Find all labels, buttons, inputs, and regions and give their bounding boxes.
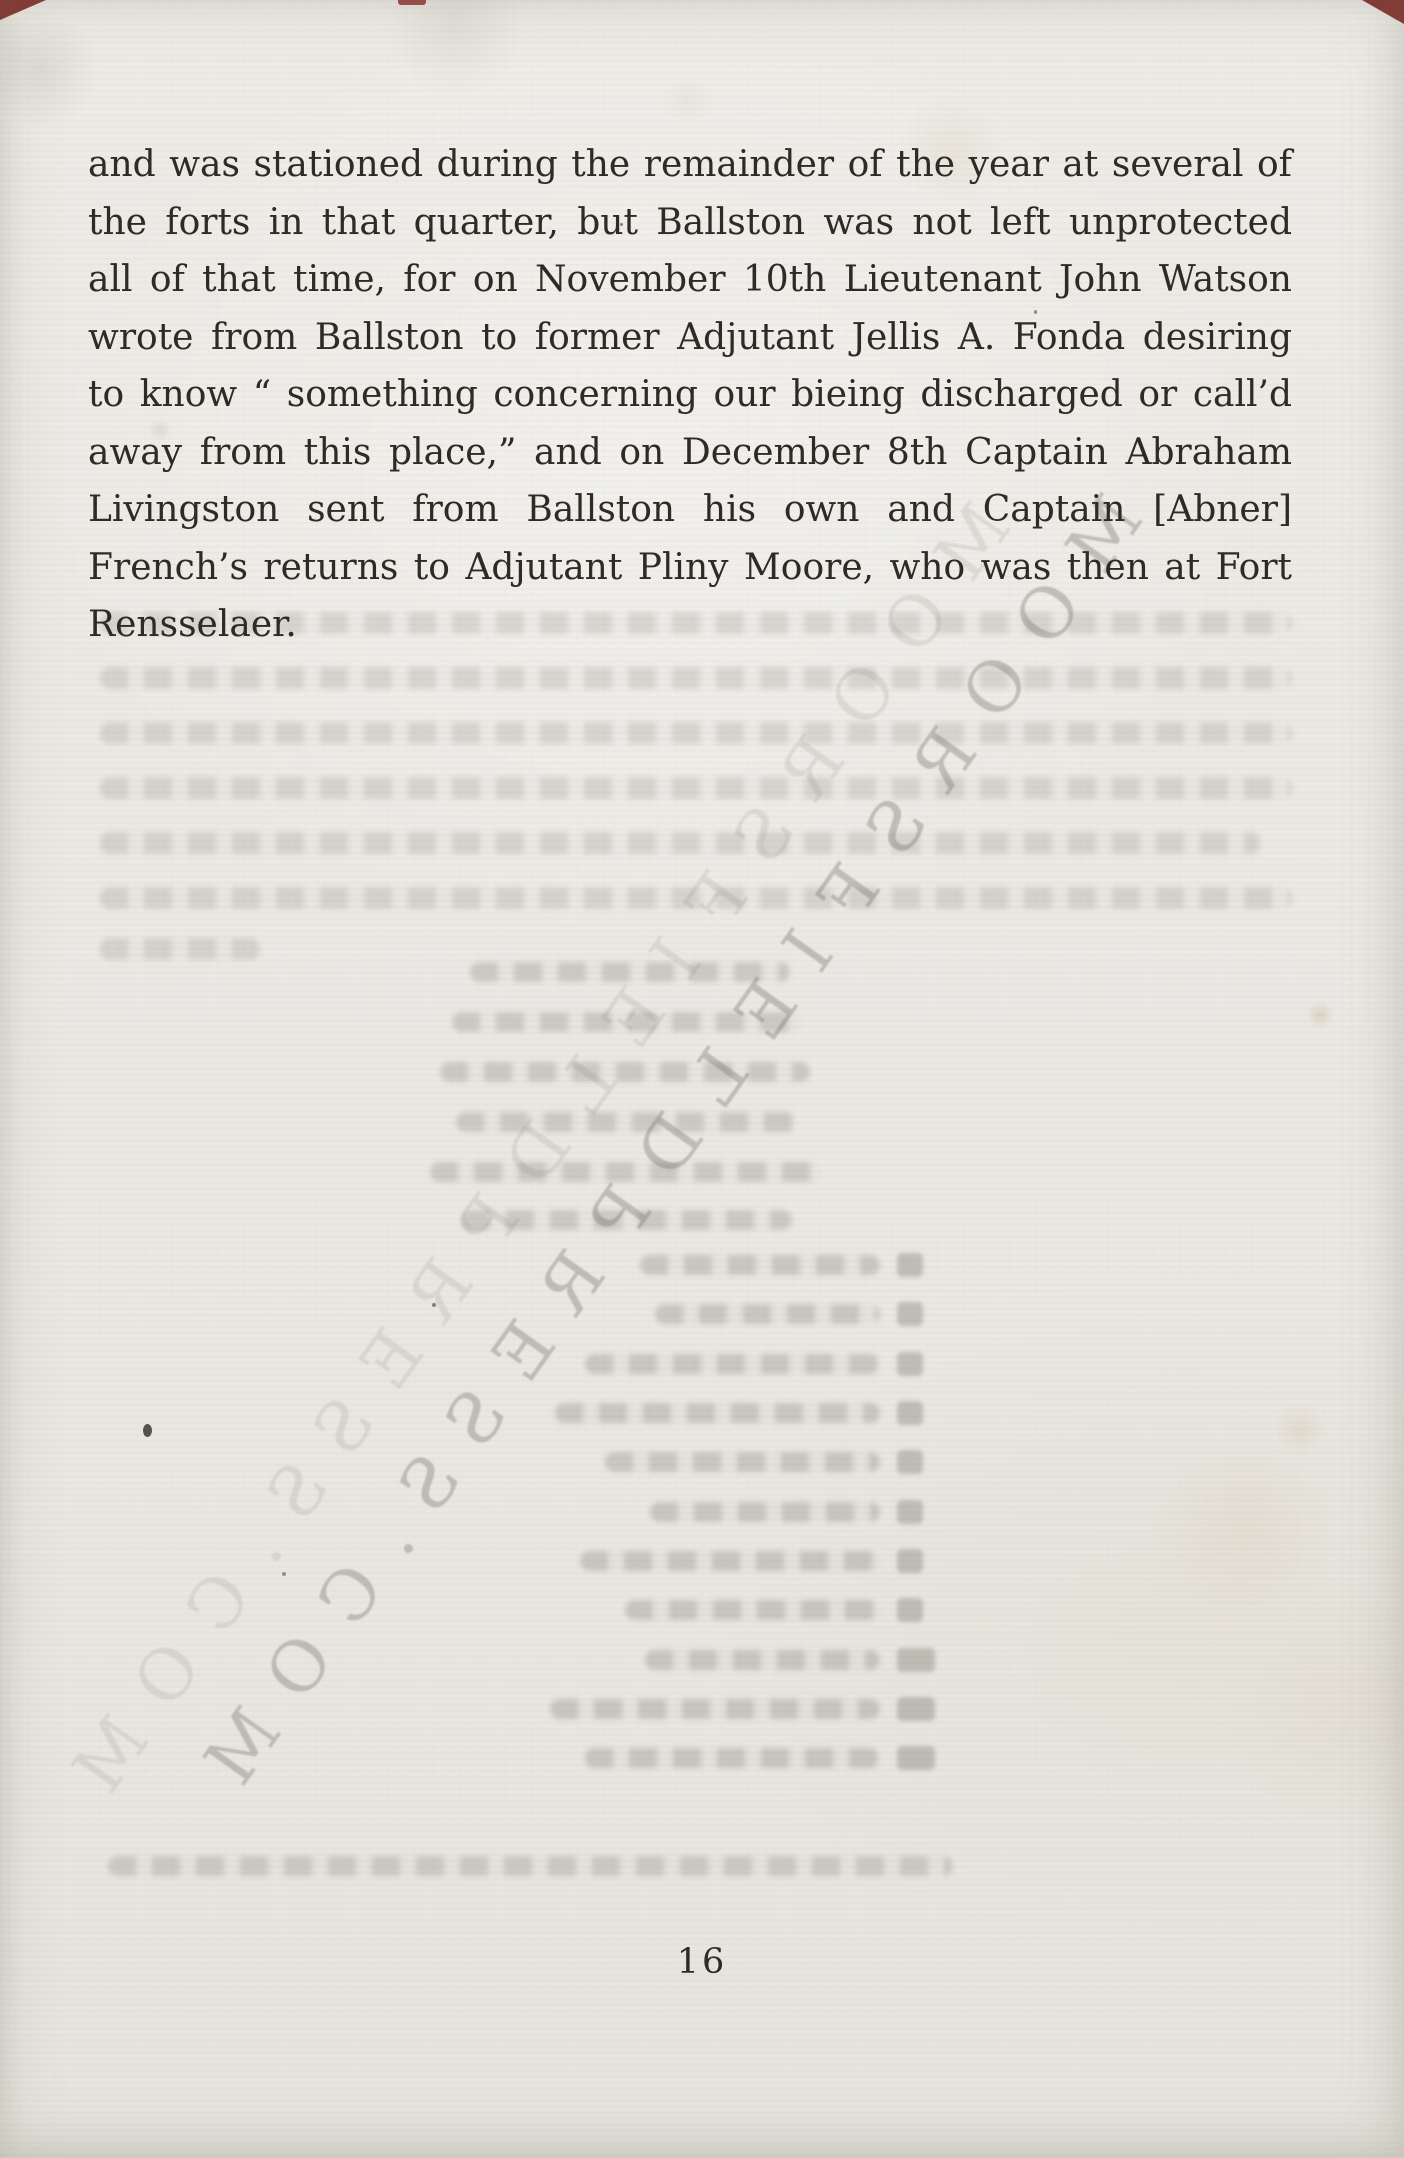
ghost-centered-line <box>462 1210 792 1230</box>
ghost-list-number <box>897 1697 935 1721</box>
paragraph-line: all of that time, for on November 10th L… <box>88 251 1292 309</box>
paragraph-line: to know “ something concerning our biein… <box>88 366 1292 424</box>
bleedthrough-watermark: MOORSFIELDPRESS.COM <box>202 474 1167 1773</box>
ghost-paragraph-line <box>100 832 1260 854</box>
ghost-list-title <box>645 1650 880 1670</box>
page-number: 16 <box>0 1942 1404 1982</box>
ghost-list-title <box>550 1699 880 1719</box>
ghost-list-number <box>897 1549 923 1573</box>
ghost-centered-line <box>430 1162 820 1182</box>
ghost-list-number <box>897 1746 935 1770</box>
ghost-list-title <box>585 1748 880 1768</box>
ghost-paragraph-line <box>100 887 1292 909</box>
ghost-paragraph-line <box>100 777 1292 799</box>
top-left-corner-mark <box>0 0 46 20</box>
ghost-footnote-line <box>108 1856 953 1876</box>
foxing-stain <box>1274 1404 1326 1456</box>
foxing-stain <box>663 75 713 125</box>
top-right-corner-mark <box>1362 0 1404 24</box>
ghost-list-title <box>655 1304 880 1324</box>
ghost-list-title <box>650 1502 880 1522</box>
ink-speck <box>143 1424 152 1437</box>
ghost-list-number <box>897 1401 923 1425</box>
ghost-centered-line <box>470 962 790 982</box>
ghost-centered-line <box>452 1012 802 1032</box>
paragraph-line: and was stationed during the remainder o… <box>88 136 1292 194</box>
ghost-list-title <box>585 1354 880 1374</box>
ghost-list-number <box>897 1302 923 1326</box>
top-edge-mark <box>398 0 426 5</box>
paragraph-line: wrote from Ballston to former Adjutant J… <box>88 309 1292 367</box>
ghost-paragraph-line <box>100 667 1292 689</box>
ghost-list-title <box>625 1600 880 1620</box>
foxing-stain <box>1306 1001 1334 1029</box>
bleedthrough-watermark: MOORSFIELDPRESS.COM <box>70 482 1035 1781</box>
paragraph-line: French’s returns to Adjutant Pliny Moore… <box>88 539 1292 597</box>
ghost-list-title <box>580 1551 880 1571</box>
foxing-stain <box>385 0 525 95</box>
foxing-stain <box>1150 1435 1340 1625</box>
ghost-list-number <box>897 1500 923 1524</box>
ghost-paragraph-line <box>100 938 260 960</box>
ghost-list-title <box>640 1255 880 1275</box>
ghost-list-number <box>897 1352 923 1376</box>
ghost-list-number <box>897 1253 923 1277</box>
paragraph: and was stationed during the remainder o… <box>88 136 1292 654</box>
paragraph-line: the forts in that quarter, but Ballston … <box>88 194 1292 252</box>
foxing-stain <box>1225 1590 1404 1830</box>
ghost-list-title <box>555 1403 880 1423</box>
ghost-list-number <box>897 1648 935 1672</box>
ghost-list-title <box>605 1452 880 1472</box>
ghost-list-number <box>897 1450 923 1474</box>
ghost-centered-line <box>456 1112 796 1132</box>
ink-speck <box>432 1303 436 1307</box>
ghost-list-number <box>897 1598 923 1622</box>
ghost-centered-line <box>440 1062 810 1082</box>
paragraph-line: Livingston sent from Ballston his own an… <box>88 481 1292 539</box>
ink-speck <box>282 1572 286 1576</box>
scanned-book-page: MOORSFIELDPRESS.COMMOORSFIELDPRESS.COM a… <box>0 0 1404 2158</box>
paragraph-line: away from this place,” and on December 8… <box>88 424 1292 482</box>
ghost-paragraph-line <box>100 722 1292 744</box>
foxing-stain <box>0 10 100 130</box>
paragraph-line: Rensselaer. <box>88 596 1292 654</box>
